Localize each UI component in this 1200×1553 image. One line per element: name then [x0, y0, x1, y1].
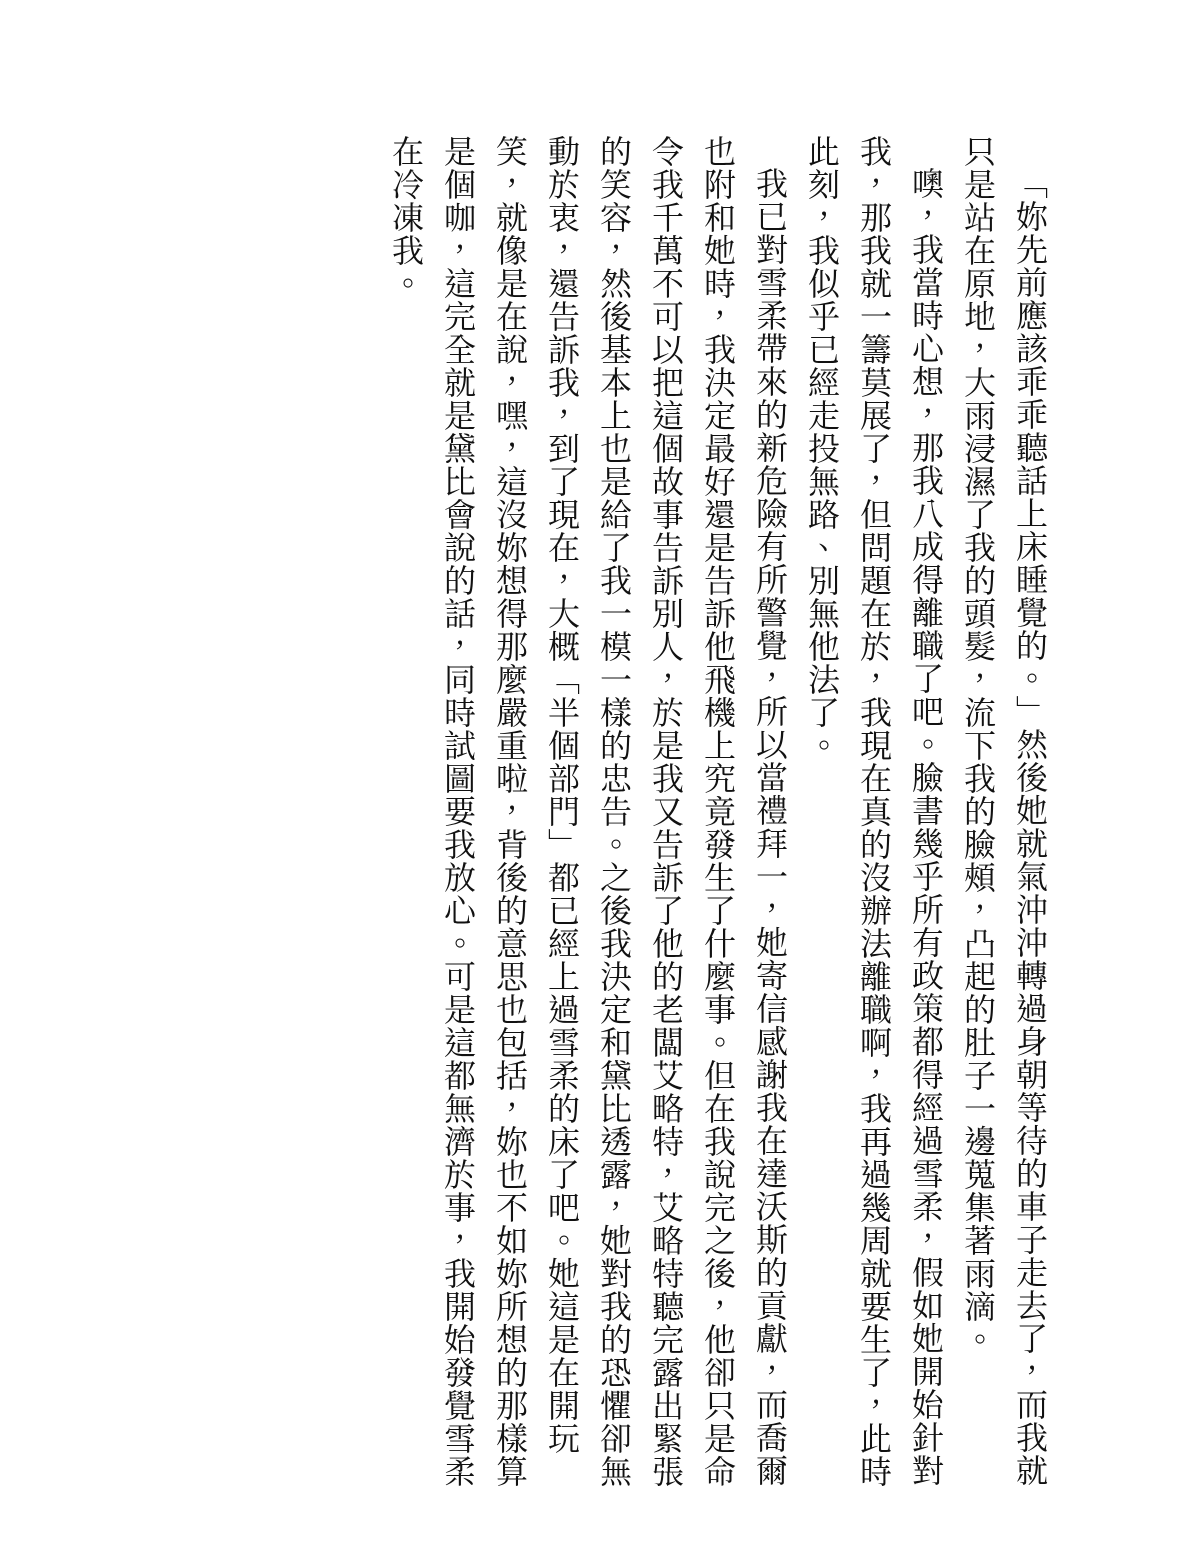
paragraph-1: 「妳先前應該乖乖聽話上床睡覺的。」然後她就氣沖沖轉過身朝等待的車子走去了，而我就… [952, 135, 1056, 1513]
book-page: 「妳先前應該乖乖聽話上床睡覺的。」然後她就氣沖沖轉過身朝等待的車子走去了，而我就… [0, 0, 1200, 1553]
paragraph-2: 噢，我當時心想，那我八成得離職了吧。臉書幾乎所有政策都得經過雪柔，假如她開始針對… [796, 135, 952, 1513]
paragraph-3: 我已對雪柔帶來的新危險有所警覺，所以當禮拜一，她寄信感謝我在達沃斯的貢獻，而喬爾… [380, 135, 796, 1513]
vertical-text-block: 「妳先前應該乖乖聽話上床睡覺的。」然後她就氣沖沖轉過身朝等待的車子走去了，而我就… [380, 135, 1056, 1513]
